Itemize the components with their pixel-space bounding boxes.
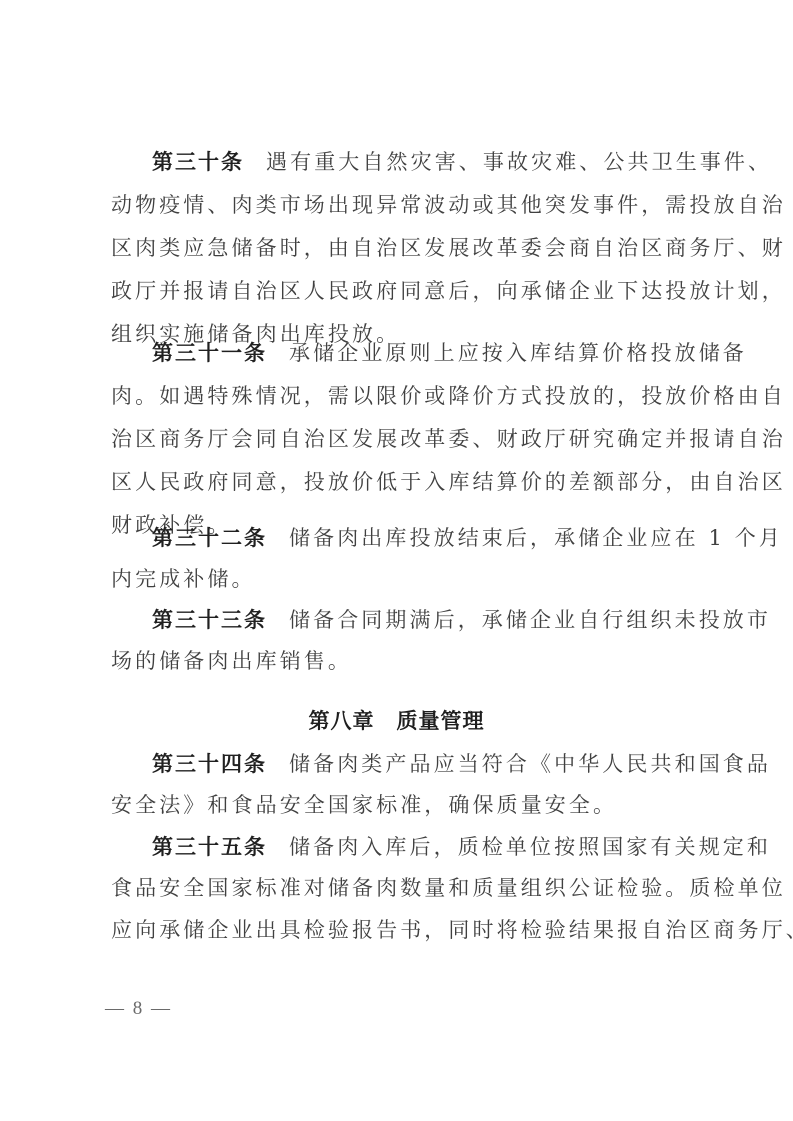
article-text: 储备肉类产品应当符合《中华人民共和国食品	[289, 752, 771, 776]
chapter-title: 质量管理	[397, 708, 485, 733]
article-30-line: 动物疫情、肉类市场出现异常波动或其他突发事件，需投放自治	[111, 189, 691, 221]
article-text: 储备肉出库投放结束后，承储企业应在 1 个月	[289, 526, 783, 550]
chapter-number: 第八章	[309, 708, 375, 733]
article-33-line: 场的储备肉出库销售。	[111, 645, 691, 677]
article-35-first-line: 第三十五条储备肉入库后，质检单位按照国家有关规定和	[152, 831, 732, 863]
article-30-line: 政厅并报请自治区人民政府同意后，向承储企业下达投放计划，	[111, 275, 691, 307]
article-label: 第三十二条	[152, 525, 267, 550]
article-32-first-line: 第三十二条储备肉出库投放结束后，承储企业应在 1 个月	[152, 522, 732, 554]
document-page: 第三十条遇有重大自然灾害、事故灾难、公共卫生事件、 动物疫情、肉类市场出现异常波…	[0, 0, 793, 1121]
article-30-first-line: 第三十条遇有重大自然灾害、事故灾难、公共卫生事件、	[152, 146, 732, 178]
article-34-line: 安全法》和食品安全国家标准，确保质量安全。	[111, 789, 691, 821]
article-33-first-line: 第三十三条储备合同期满后，承储企业自行组织未投放市	[152, 604, 732, 636]
article-text: 储备合同期满后，承储企业自行组织未投放市	[289, 608, 771, 632]
article-35-line: 应向承储企业出具检验报告书，同时将检验结果报自治区商务厅、	[111, 914, 691, 946]
article-label: 第三十四条	[152, 751, 267, 776]
article-34-first-line: 第三十四条储备肉类产品应当符合《中华人民共和国食品	[152, 748, 732, 780]
chapter-heading: 第八章质量管理	[0, 705, 793, 737]
article-31-line: 治区商务厅会同自治区发展改革委、财政厅研究确定并报请自治	[111, 423, 691, 455]
article-30-line: 区肉类应急储备时，由自治区发展改革委会商自治区商务厅、财	[111, 232, 691, 264]
article-32-line: 内完成补储。	[111, 563, 691, 595]
article-31-first-line: 第三十一条承储企业原则上应按入库结算价格投放储备	[152, 337, 732, 369]
article-31-line: 肉。如遇特殊情况，需以限价或降价方式投放的，投放价格由自	[111, 380, 691, 412]
page-number: — 8 —	[105, 998, 172, 1020]
article-label: 第三十条	[152, 149, 244, 174]
article-label: 第三十五条	[152, 834, 267, 859]
article-text: 承储企业原则上应按入库结算价格投放储备	[289, 341, 747, 365]
article-label: 第三十三条	[152, 607, 267, 632]
article-label: 第三十一条	[152, 340, 267, 365]
article-35-line: 食品安全国家标准对储备肉数量和质量组织公证检验。质检单位	[111, 872, 691, 904]
article-text: 储备肉入库后，质检单位按照国家有关规定和	[289, 835, 771, 859]
article-text: 遇有重大自然灾害、事故灾难、公共卫生事件、	[266, 150, 772, 174]
article-31-line: 区人民政府同意，投放价低于入库结算价的差额部分，由自治区	[111, 466, 691, 498]
